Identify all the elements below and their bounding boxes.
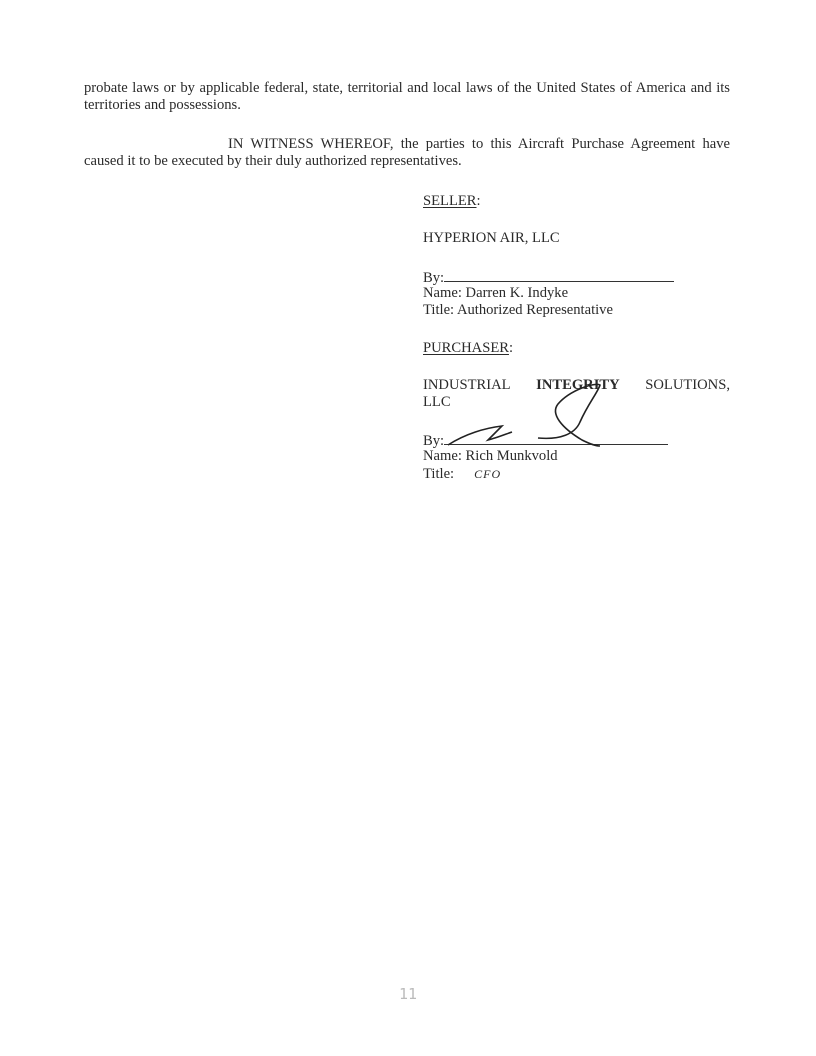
handwritten-title: CFO [474,467,501,481]
in-witness-paragraph: IN WITNESS WHEREOF, the parties to this … [84,136,730,170]
seller-name: Name: Darren K. Indyke [423,285,733,302]
seller-title: Title: Authorized Representative [423,302,733,319]
purchaser-heading: PURCHASER: [423,340,733,357]
purchaser-title: Title:CFO [423,466,733,483]
governing-law-paragraph-end: probate laws or by applicable federal, s… [84,80,730,114]
handwritten-signature-icon [440,382,640,452]
document-page: probate laws or by applicable federal, s… [0,0,816,1056]
page-number: 11 [399,985,417,1003]
seller-heading: SELLER: [423,193,733,210]
seller-signature-field [444,268,674,282]
seller-company: HYPERION AIR, LLC [423,230,733,247]
